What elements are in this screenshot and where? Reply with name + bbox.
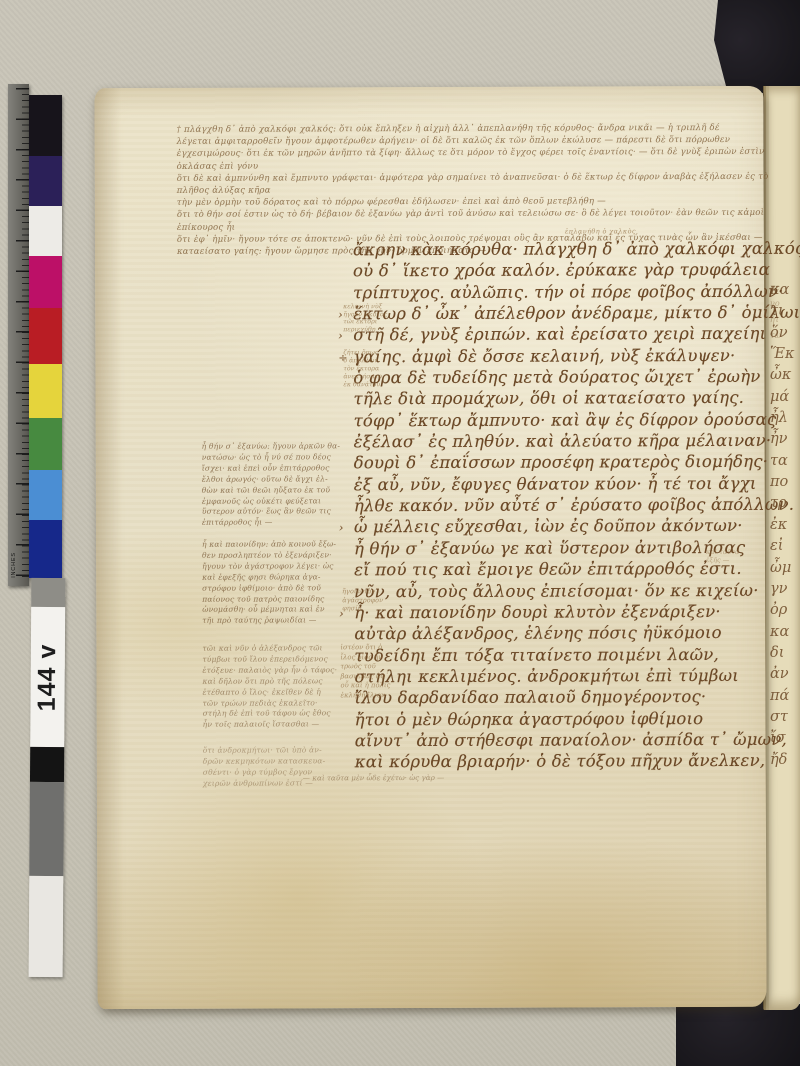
scholia-line: ὅτι τὸ θήν σοί ἐστιν ὡς τὸ δή· βέβαιον δ…: [177, 207, 769, 233]
verse-text: αὐτὰρ ἀλέξανδρος, ἑλένης πόσις ἠϋκόμοιο: [354, 623, 722, 643]
color-patch-magenta: [29, 256, 62, 308]
scholia-line: ἦ θήν σ᾽ ἐξανύω: ἤγουν ἀρκῶν θα-: [202, 441, 348, 452]
verse-text: καὶ κόρυθα βριαρήν· ὁ δὲ τόξου πῆχυν ἄνε…: [355, 751, 766, 771]
verse-line: ἦ θήν σ᾽ ἐξανύω γε καὶ ὕστερον ἀντιβολήσ…: [354, 537, 760, 560]
scholia-line: ἐγχεσιμώρους· ὅτι ἐκ τῶν μηρῶν ἀνῆπτο τὰ…: [177, 146, 769, 172]
fore-edge-fragment: μά: [770, 387, 800, 408]
gloss-line: οὗ καὶ ἡ πόλις: [340, 681, 398, 691]
verse-text: ἦλθε κακόν. νῦν αὖτέ σ᾽ ἐρύσατο φοῖβος ἀ…: [354, 495, 794, 516]
scholia-line: ἦν τοῖς παλαιοῖς ἵστασθαι —: [203, 720, 349, 731]
scholia-line: παίονος τοῦ πατρὸς παιονίδης: [202, 594, 348, 605]
color-patch-lightblue: [29, 470, 62, 520]
verse-text: τυδείδηι ἔπι τόξα τιταίνετο ποιμένι λαῶν…: [354, 645, 719, 665]
fore-edge-fragment: ἤδ: [770, 750, 800, 771]
gloss-line: ἰστέον ὅτι ὁ: [340, 643, 398, 653]
color-patch-red: [29, 308, 62, 364]
scholia-line: ἔλθοι ἀρωγός· οὕτω δὲ ἄγχι ἐλ-: [202, 474, 348, 485]
gray-patch-light: [29, 876, 64, 977]
gloss-line: περιεχύθη: [343, 326, 397, 334]
verse-text: ὁ φρα δὲ τυδείδης μετὰ δούρατος ὤιχετ᾽ ἐ…: [353, 367, 760, 387]
color-calibration-bar: [29, 95, 62, 578]
inner-margin-gloss-4: ἰστέον ὅτι ὁἶλος υἱὸς ἦντρωὸς τοῦβασιλέω…: [340, 643, 398, 700]
verse-text: ὧ μέλλεις εὔχεσθαι, ἰὼν ἐς δοῦπον ἀκόντω…: [354, 516, 743, 536]
fore-edge-fragment: εἰ: [770, 536, 800, 557]
verse-line: στήληι κεκλιμένος. ἀνδροκμήτωι ἐπὶ τύμβω…: [354, 665, 760, 688]
verse-line: οὐ δ᾽ ἵκετο χρόα καλόν. ἐρύκακε γὰρ τρυφ…: [353, 259, 759, 282]
scholia-line: θὼν καὶ τῶι θεῶι ηὔξατο ἐκ τοῦ: [202, 485, 348, 496]
scholia-line: ἐτέθαπτο ὁ ἴλος· ἐκεῖθεν δὲ ἡ: [202, 687, 348, 698]
gloss-line: ἐκ θανάτου: [343, 381, 397, 389]
left-scholia-block-d: ὅτι ἀνδροκμήτωι· τῶι ὑπὸ ἀν-δρῶν κεκμηκό…: [203, 745, 349, 789]
verse-line: ἦλθε κακόν. νῦν αὖτέ σ᾽ ἐρύσατο φοῖβος ἀ…: [354, 494, 760, 517]
verse-line: ἴλου δαρδανίδαο παλαιοῦ δημογέροντος·: [354, 686, 760, 709]
scholia-line: θεν προσληπτέον τὸ ἐξενάριξεν·: [202, 550, 348, 561]
verse-line: › ὧ μέλλεις εὔχεσθαι, ἰὼν ἐς δοῦπον ἀκόν…: [354, 515, 760, 538]
verse-text: δουρὶ δ᾽ ἐπαΐσσων προσέφη κρατερὸς διομή…: [354, 452, 768, 472]
verse-text: τῆλε διὰ προμάχων, ὅθι οἱ καταείσατο γαί…: [353, 388, 744, 408]
scholia-line: ἴσχει· καὶ ἐπεὶ οὖν ἐπιτάρροθος: [202, 463, 348, 474]
fore-edge-fragment: πά: [770, 686, 800, 707]
verse-line: › ἕκτωρ δ᾽ ὦκ᾽ ἀπέλεθρον ἀνέδραμε, μίκτο…: [353, 302, 759, 325]
verse-line: εἴ πού τις καὶ ἔμοιγε θεῶν ἐπιτάρροθός ἐ…: [354, 558, 760, 581]
verse-line: ἤτοι ὁ μὲν θώρηκα ἀγαστρόφου ἰφθίμοιο: [355, 707, 761, 730]
margin-quote-mark: ›: [338, 326, 343, 347]
gloss-line: ἀγάστροφον: [342, 596, 398, 605]
gloss-line: καὶ ταῦτα: [706, 548, 764, 556]
fore-edge-fragment: κα: [770, 622, 800, 643]
scholia-line: στρόφου ἰφθίμοιο· ἀπὸ δὲ τοῦ: [202, 583, 348, 594]
scholia-line: ὅτι δὲ καὶ ἀμπνύνθη καὶ ἔμπνυτο γράφεται…: [177, 171, 769, 197]
verse-text: εἴ πού τις καὶ ἔμοιγε θεῶν ἐπιτάρροθός ἐ…: [354, 559, 742, 579]
scholia-line: τῶν τρώων πεδιὰς ἐκαλεῖτο·: [203, 698, 349, 709]
bottom-scholia-line: — καὶ ταῦτα μὲν ὧδε ἐχέτω· ὡς γὰρ —: [303, 773, 444, 782]
black-felt-top-right: [700, 0, 800, 100]
color-patch-green: [29, 418, 62, 470]
verse-text: αἴνυτ᾽ ἀπὸ στήθεσφι παναίολον· ἀσπίδα τ᾽…: [355, 730, 787, 751]
verse-text: τόφρ᾽ ἕκτωρ ἄμπνυτο· καὶ ἂψ ἐς δίφρον ὀρ…: [354, 410, 777, 430]
color-patch-yellow: [29, 364, 62, 418]
verse-line: ὁ φρα δὲ τυδείδης μετὰ δούρατος ὤιχετ᾽ ἐ…: [353, 366, 759, 389]
ruler: INCHES: [8, 84, 29, 586]
scholia-line: δρῶν κεκμηκότων κατασκευα-: [203, 756, 349, 767]
gray-patch-black: [30, 747, 64, 782]
gloss-line: φησίν: [342, 604, 398, 613]
main-verse-column: ἄκρην κὰκ κόρυθα· πλάγχθη δ᾽ ἀπὸ χαλκόφι…: [353, 238, 761, 773]
gloss-line: ζήτει ὅπως: [343, 349, 397, 357]
grayscale-card: 144 v: [29, 578, 66, 977]
interlinear-gloss: ἐπλανήθη ὁ χαλκὸς: [565, 227, 636, 235]
gloss-line: ἶλος υἱὸς ἦν: [340, 653, 398, 663]
fore-edge-fragment: Ἕκ: [770, 344, 800, 365]
gloss-line: ἤγουν τὸν: [342, 587, 398, 596]
fore-edge-fragment: ὦμ: [770, 558, 800, 579]
verse-text: στήληι κεκλιμένος. ἀνδροκμήτωι ἐπὶ τύμβω…: [354, 666, 739, 686]
verse-line: τόφρ᾽ ἕκτωρ ἄμπνυτο· καὶ ἂψ ἐς δίφρον ὀρ…: [354, 409, 760, 432]
verse-line: καὶ κόρυθα βριαρήν· ὁ δὲ τόξου πῆχυν ἄνε…: [355, 750, 761, 773]
fore-edge-fragment: τα: [770, 451, 800, 472]
verse-text: στῆ δέ, γνὺξ ἐριπών. καὶ ἐρείσατο χειρὶ …: [353, 324, 766, 344]
fore-edge-fragment: γν: [770, 579, 800, 600]
verse-line: τυδείδηι ἔπι τόξα τιταίνετο ποιμένι λαῶν…: [354, 643, 760, 666]
fore-edge-fragment: δι: [770, 643, 800, 664]
gloss-line: ὁ ἀπόλλων: [343, 357, 397, 365]
inner-margin-gloss-1: κελαινὴ νὺξἤγουν σκότοςτῶι ἕκτοριπεριεχύ…: [343, 303, 397, 333]
scholia-line: τῶι καὶ νῦν ὁ ἀλέξανδρος τῶι: [202, 643, 348, 654]
scholia-line: ἐπιτάρροθος ἦι —: [202, 518, 348, 529]
verse-text: ἄκρην κὰκ κόρυθα· πλάγχθη δ᾽ ἀπὸ χαλκόφι…: [353, 239, 800, 260]
scholia-line: ἦ καὶ παιονίδην: ἀπὸ κοινοῦ ἔξω-: [202, 539, 348, 550]
verse-line: ÷ γαίης. ἀμφὶ δὲ ὄσσε κελαινή, νὺξ ἐκάλυ…: [353, 345, 759, 368]
scholia-line: καὶ ἐφεξῆς φησι θώρηκα ἀγα-: [202, 572, 348, 583]
verse-text: νῦν, αὖ, τοὺς ἄλλους ἐπιείσομαι· ὅν κε κ…: [354, 580, 759, 600]
scholia-line: νατώσω· ὡς τὸ ἦ νύ σέ που δέος: [202, 452, 348, 463]
color-patch-white: [29, 206, 62, 256]
left-scholia-block-b: ἦ καὶ παιονίδην: ἀπὸ κοινοῦ ἔξω-θεν προσ…: [202, 539, 348, 627]
verse-text: ἤτοι ὁ μὲν θώρηκα ἀγαστρόφου ἰφθίμοιο: [355, 709, 704, 729]
scholia-line: ἐμφανοῦς ὡς οὐκέτι φεύξεται: [202, 496, 348, 507]
verse-line: › ἦ· καὶ παιονίδην δουρὶ κλυτὸν ἐξενάριξ…: [354, 601, 760, 624]
folio-label-patch: 144 v: [30, 607, 65, 747]
gloss-line: ἐκλήθη ἴλιον: [340, 691, 398, 701]
ruler-unit-label: INCHES: [11, 552, 17, 578]
inner-margin-gloss-3: ἤγουν τὸνἀγάστροφονφησίν: [342, 587, 398, 613]
right-margin-note: καὶ ταῦταἑξῆς —: [706, 548, 764, 564]
scholia-line: ὕστερον αὐτόν· ἕως ἂν θεῶν τις: [202, 507, 348, 518]
verse-line: τρίπτυχος. αὐλῶπις. τήν οἱ πόρε φοῖβος ἀ…: [353, 281, 759, 304]
manuscript-page: † πλάγχθη δ᾽ ἀπὸ χαλκόφι χαλκός: ὅτι οὐκ…: [94, 86, 766, 1009]
gloss-line: ἑξῆς —: [706, 556, 764, 564]
scholia-line: ἐτόξευε· παλαιὸς γὰρ ἦν ὁ τάφος·: [202, 665, 348, 676]
verse-line: αἴνυτ᾽ ἀπὸ στήθεσφι παναίολον· ἀσπίδα τ᾽…: [355, 729, 761, 752]
gloss-line: τὸν ἕκτορα: [343, 365, 397, 373]
verse-text: ἴλου δαρδανίδαο παλαιοῦ δημογέροντος·: [354, 687, 706, 707]
verse-text: ἦ· καὶ παιονίδην δουρὶ κλυτὸν ἐξενάριξεν…: [354, 602, 721, 622]
scholia-line: ὅτι ἀνδροκμήτωι· τῶι ὑπὸ ἀν-: [203, 745, 349, 756]
fore-edge-fragment: στ: [770, 707, 800, 728]
verse-line: δουρὶ δ᾽ ἐπαΐσσων προσέφη κρατερὸς διομή…: [354, 451, 760, 474]
verse-text: ἐξέλασ᾽ ἐς πληθύν. καὶ ἀλεύατο κῆρα μέλα…: [354, 431, 772, 451]
verse-line: ἐξέλασ᾽ ἐς πληθύν. καὶ ἀλεύατο κῆρα μέλα…: [354, 430, 760, 453]
photo-stage: πενοἤττω κατιὅνἝκὦκμάἦλἦνταποτρἐκεἰὦμγνὀ…: [0, 0, 800, 1066]
fore-edge-fragment: πο: [770, 472, 800, 493]
verse-text: τρίπτυχος. αὐλῶπις. τήν οἱ πόρε φοῖβος ἀ…: [353, 281, 784, 302]
gray-patch-mid: [31, 578, 65, 607]
verse-text: ἦ θήν σ᾽ ἐξανύω γε καὶ ὕστερον ἀντιβολήσ…: [354, 538, 745, 558]
verse-line: › στῆ δέ, γνὺξ ἐριπών. καὶ ἐρείσατο χειρ…: [353, 323, 759, 346]
gloss-line: βασιλέως ἀφ᾽: [340, 672, 398, 682]
scholia-line: ὠνομάσθη· οὗ μέμνηται καὶ ἐν: [202, 605, 348, 616]
scholia-line: καὶ δῆλον ὅτι πρὸ τῆς πόλεως: [202, 676, 348, 687]
left-scholia-block-c: τῶι καὶ νῦν ὁ ἀλέξανδρος τῶιτύμβωι τοῦ ἴ…: [202, 643, 348, 731]
verse-line: νῦν, αὖ, τοὺς ἄλλους ἐπιείσομαι· ὅν κε κ…: [354, 579, 760, 602]
left-scholia-block-a: ἦ θήν σ᾽ ἐξανύω: ἤγουν ἀρκῶν θα-νατώσω· …: [202, 441, 348, 529]
fore-edge-fragment: ὀρ: [770, 600, 800, 621]
fore-edge-fragment: ἦν: [770, 429, 800, 450]
gray-patch-dark: [29, 782, 64, 876]
verse-text: ἐξ αὖ, νῦν, ἔφυγες θάνατον κύον· ἦ τέ το…: [354, 474, 757, 494]
verse-line: ἄκρην κὰκ κόρυθα· πλάγχθη δ᾽ ἀπὸ χαλκόφι…: [353, 238, 759, 261]
color-patch-darkviolet: [29, 156, 62, 206]
scholia-line: τῆι πρὸ ταύτης ῥαψωιδίαι —: [202, 616, 348, 627]
color-patch-black: [29, 95, 62, 156]
verse-text: οὐ δ᾽ ἵκετο χρόα καλόν. ἐρύκακε γὰρ τρυφ…: [353, 260, 770, 280]
inner-margin-gloss-2: ζήτει ὅπωςὁ ἀπόλλωντὸν ἕκτοραἀνεκτήσατοἐ…: [343, 349, 397, 389]
fore-edge-fragment: ὅν: [770, 323, 800, 344]
fore-edge-fragment: ὦκ: [770, 365, 800, 386]
scholia-line: τύμβωι τοῦ ἴλου ἐπερειδόμενος: [202, 654, 348, 665]
verse-text: ἕκτωρ δ᾽ ὦκ᾽ ἀπέλεθρον ἀνέδραμε, μίκτο δ…: [353, 303, 800, 324]
fore-edge-fragment: ἀν: [770, 664, 800, 685]
verse-line: αὐτὰρ ἀλέξανδρος, ἑλένης πόσις ἠϋκόμοιο: [354, 622, 760, 645]
verse-text: γαίης. ἀμφὶ δὲ ὄσσε κελαινή, νὺξ ἐκάλυψε…: [353, 346, 735, 366]
fore-edge-fragment: ἐκ: [770, 515, 800, 536]
verse-line: τῆλε διὰ προμάχων, ὅθι οἱ καταείσατο γαί…: [353, 387, 759, 410]
folio-label: 144 v: [33, 643, 62, 711]
verse-line: ἐξ αὖ, νῦν, ἔφυγες θάνατον κύον· ἦ τέ το…: [354, 473, 760, 496]
gloss-line: ἀνεκτήσατο: [343, 373, 397, 381]
scholia-line: στήλη δὲ ἐπὶ τοῦ τάφου ὡς ἔθος: [203, 709, 349, 720]
margin-quote-mark: ›: [338, 304, 343, 325]
scholia-line: ἤγουν τὸν ἀγάστροφον λέγει· ὡς: [202, 561, 348, 572]
color-patch-darkblue: [29, 520, 62, 578]
gloss-line: τρωὸς τοῦ: [340, 662, 398, 672]
